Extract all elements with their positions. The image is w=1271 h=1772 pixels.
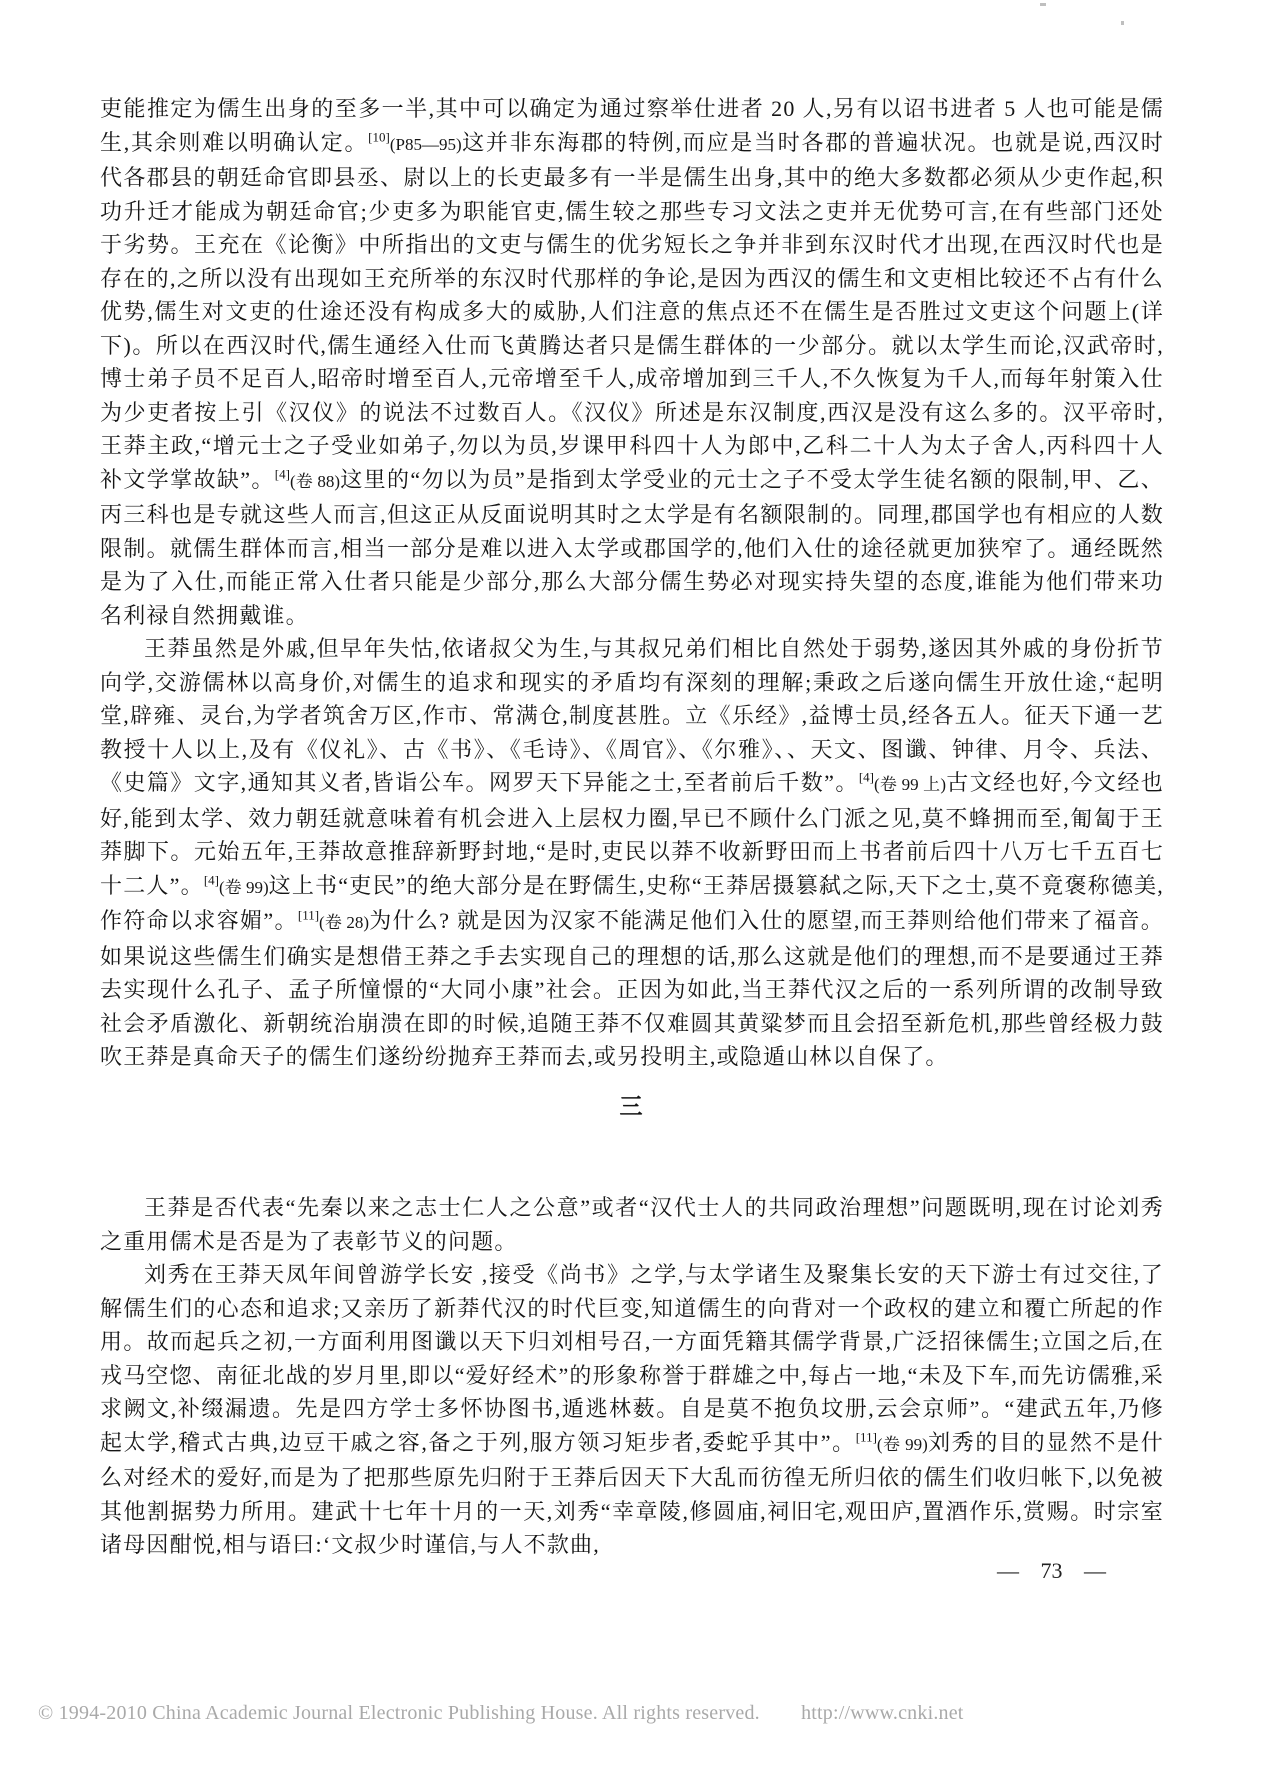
citation-superscript: [10] — [368, 129, 390, 144]
paragraph: 刘秀在王莽天凤年间曾游学长安 ,接受《尚书》之学,与太学诸生及聚集长安的天下游士… — [100, 1258, 1164, 1562]
citation-superscript: [4] — [275, 466, 290, 481]
page-number: — 73 — — [100, 1558, 1164, 1584]
citation-detail: (卷 99) — [877, 1435, 928, 1454]
paragraph: 王莽虽然是外戚,但早年失怙,依诸叔父为生,与其叔兄弟们相比自然处于弱势,遂因其外… — [100, 632, 1164, 1074]
citation-superscript: [11] — [298, 908, 319, 923]
citation-superscript: [4] — [204, 872, 219, 887]
paragraph: 吏能推定为儒生出身的至多一半,其中可以确定为通过察举仕进者 20 人,另有以诏书… — [100, 92, 1164, 632]
citation-detail: (卷 88) — [290, 472, 340, 491]
footer-url: http://www.cnki.net — [801, 1702, 963, 1724]
citation-superscript: [4] — [859, 770, 874, 785]
citation-detail: (卷 99) — [219, 878, 269, 897]
copyright-text: © 1994-2010 China Academic Journal Elect… — [38, 1702, 760, 1724]
citation-detail: (卷 28) — [319, 913, 369, 932]
watermark-footer: © 1994-2010 China Academic Journal Elect… — [38, 1702, 1238, 1725]
citation-detail: (卷 99 上) — [874, 775, 946, 794]
citation-superscript: [11] — [856, 1429, 877, 1444]
article-body: 吏能推定为儒生出身的至多一半,其中可以确定为通过察举仕进者 20 人,另有以诏书… — [100, 92, 1164, 1562]
citation-detail: (P85—95) — [390, 135, 462, 154]
section-heading: 三 — [100, 1090, 1164, 1124]
scan-artifact — [1040, 3, 1046, 6]
paragraph: 王莽是否代表“先秦以来之志士仁人之公意”或者“汉代士人的共同政治理想”问题既明,… — [100, 1191, 1164, 1258]
scan-artifact — [1121, 21, 1124, 25]
